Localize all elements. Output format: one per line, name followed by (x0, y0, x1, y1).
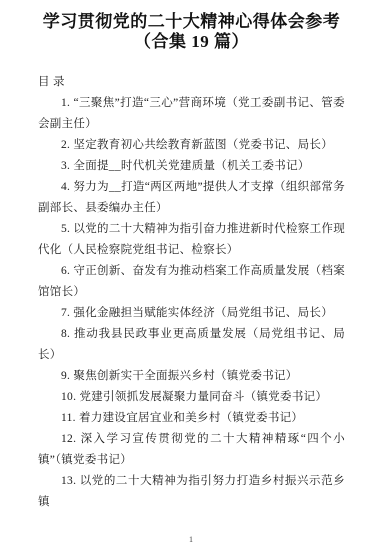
toc-item-8: 8. 推动我县民政事业更高质量发展（局党组书记、局长） (38, 324, 345, 366)
toc-item-9: 9. 聚焦创新实干全面振兴乡村（镇党委书记） (38, 366, 345, 387)
toc-item-1: 1. “三聚焦”打造“三心”营商环境（党工委副书记、管委会副主任） (38, 93, 345, 135)
toc-item-4: 4. 努力为__打造“两区两地”提供人才支撑（组织部常务副部长、县委编办主任） (38, 177, 345, 219)
toc-item-6: 6. 守正创新、奋发有为推动档案工作高质量发展（档案馆馆长） (38, 261, 345, 303)
toc-item-2: 2. 坚定教育初心共绘教育新蓝图（党委书记、局长） (38, 135, 345, 156)
document-title: 学习贯彻党的二十大精神心得体会参考 （合集 19 篇） (38, 12, 345, 52)
title-line-1: 学习贯彻党的二十大精神心得体会参考 (38, 12, 345, 32)
toc-item-11: 11. 着力建设宜居宜业和美乡村（镇党委书记） (38, 408, 345, 429)
table-of-contents: 目 录 1. “三聚焦”打造“三心”营商环境（党工委副书记、管委会副主任） 2.… (38, 72, 345, 513)
toc-item-5: 5. 以党的二十大精神为指引奋力推进新时代检察工作现代化（人民检察院党组书记、检… (38, 219, 345, 261)
toc-item-13: 13. 以党的二十大精神为指引努力打造乡村振兴示范乡镇 (38, 471, 345, 513)
toc-item-12: 12. 深入学习宣传贯彻党的二十大精神精琢“四个小镇”（镇党委书记） (38, 429, 345, 471)
document-page: 学习贯彻党的二十大精神心得体会参考 （合集 19 篇） 目 录 1. “三聚焦”… (0, 0, 382, 550)
toc-heading: 目 录 (38, 72, 345, 93)
title-line-2: （合集 19 篇） (38, 32, 345, 52)
page-number: 1 (0, 535, 382, 544)
toc-item-10: 10. 党建引领抓发展凝聚力量同奋斗（镇党委书记） (38, 387, 345, 408)
toc-item-7: 7. 强化金融担当赋能实体经济（局党组书记、局长） (38, 303, 345, 324)
toc-item-3: 3. 全面提__时代机关党建质量（机关工委书记） (38, 156, 345, 177)
